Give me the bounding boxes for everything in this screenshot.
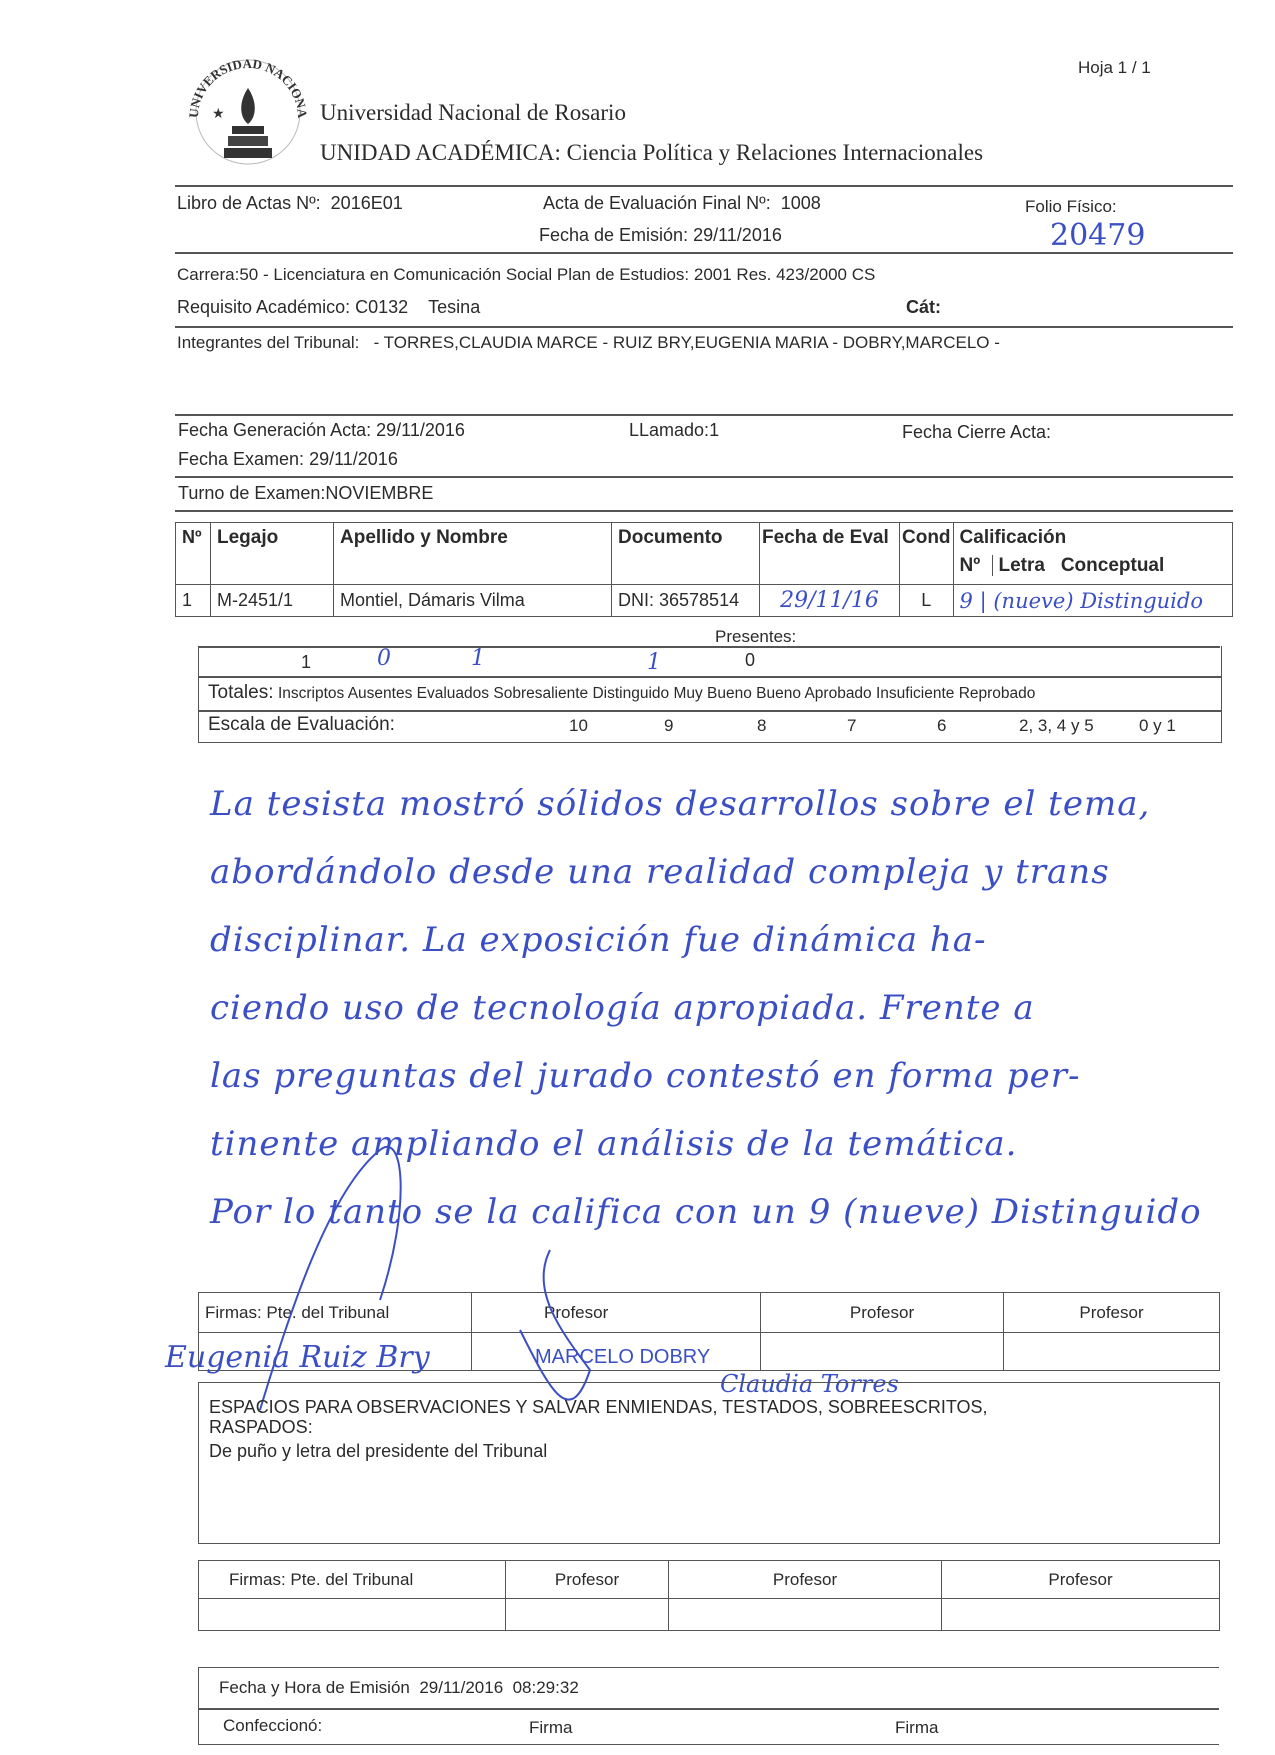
university-logo: UNIVERSIDAD NACIONAL DE ROSARIO ★ — [182, 48, 314, 166]
llamado: LLamado:1 — [629, 420, 719, 441]
col-calificacion: Calificación Nº Letra Conceptual — [953, 523, 1232, 585]
fecha-examen: Fecha Examen: 29/11/2016 — [178, 449, 398, 470]
sig-header-prof-3: Profesor — [1004, 1293, 1220, 1333]
table-header-row: Nº Legajo Apellido y Nombre Documento Fe… — [176, 523, 1233, 585]
svg-text:★: ★ — [212, 105, 225, 121]
confecciono-label: Confeccionó: — [223, 1716, 322, 1736]
scale-value: 10 — [569, 716, 588, 736]
totals-column-label: Muy Bueno — [673, 685, 756, 702]
col-nombre: Apellido y Nombre — [334, 523, 612, 585]
sig-cell[interactable] — [1004, 1333, 1220, 1371]
sig2-header-prof-3: Profesor — [942, 1561, 1220, 1599]
sig-cell[interactable] — [199, 1599, 506, 1631]
turno-examen: Turno de Examen:NOVIEMBRE — [178, 483, 433, 504]
folio-label: Folio Físico: — [1025, 197, 1117, 217]
comment-line: disciplinar. La exposición fue dinámica … — [210, 906, 1270, 974]
footer-box: Fecha y Hora de Emisión 29/11/2016 08:29… — [198, 1667, 1219, 1745]
emision-datetime: Fecha y Hora de Emisión 29/11/2016 08:29… — [219, 1678, 579, 1698]
presentes-label: Presentes: — [715, 627, 796, 647]
fecha-eval: 29/11/16 — [760, 585, 900, 617]
requisito-academico: Requisito Académico: C0132 Tesina — [177, 297, 480, 318]
sig2-header-president: Firmas: Pte. del Tribunal — [199, 1561, 506, 1599]
sig-cell[interactable] — [506, 1599, 669, 1631]
totals-column-label: Reprobado — [959, 685, 1036, 702]
calificacion-value: 9 | (nueve) Distinguido — [953, 585, 1232, 617]
total-distinguido: 1 — [647, 650, 661, 675]
cond: L — [900, 585, 954, 617]
sig2-header-prof-1: Profesor — [506, 1561, 669, 1599]
scale-value: 9 — [664, 716, 673, 736]
observations-box[interactable]: ESPACIOS PARA OBSERVACIONES Y SALVAR ENM… — [198, 1382, 1220, 1544]
libro-value: 2016E01 — [331, 193, 403, 213]
academic-unit: UNIDAD ACADÉMICA: Ciencia Política y Rel… — [320, 140, 983, 166]
signatures-table-2: Firmas: Pte. del Tribunal Profesor Profe… — [198, 1560, 1220, 1631]
fecha-cierre: Fecha Cierre Acta: — [902, 422, 1051, 443]
sig-cell[interactable] — [942, 1599, 1220, 1631]
totals-column-label: Evaluados — [417, 685, 494, 702]
comment-line: las preguntas del jurado contestó en for… — [210, 1042, 1270, 1110]
university-name: Universidad Nacional de Rosario — [320, 100, 626, 126]
col-legajo: Legajo — [211, 523, 334, 585]
col-documento: Documento — [612, 523, 760, 585]
scale-value: 6 — [937, 716, 946, 736]
page-number: Hoja 1 / 1 — [1078, 58, 1151, 78]
comment-line: abordándolo desde una realidad compleja … — [210, 838, 1270, 906]
sig2-header-prof-2: Profesor — [669, 1561, 942, 1599]
total-evaluados: 1 — [471, 646, 485, 671]
carrera: Carrera:50 - Licenciatura en Comunicació… — [177, 265, 875, 285]
fecha-generacion: Fecha Generación Acta: 29/11/2016 — [178, 420, 465, 441]
totals-column-label: Distinguido — [592, 685, 673, 702]
acta-number: Acta de Evaluación Final Nº: 1008 — [543, 193, 821, 214]
scale-value: 7 — [847, 716, 856, 736]
table-row: 1 M-2451/1 Montiel, Dámaris Vilma DNI: 3… — [176, 585, 1233, 617]
folio-value: 20479 — [1050, 218, 1145, 253]
libro-actas: Libro de Actas Nº: 2016E01 — [177, 193, 403, 214]
observations-title: ESPACIOS PARA OBSERVACIONES Y SALVAR ENM… — [209, 1397, 1089, 1437]
fecha-emision: Fecha de Emisión: 29/11/2016 — [539, 225, 782, 246]
observations-subtitle: De puño y letra del presidente del Tribu… — [209, 1441, 547, 1462]
scale-label: Escala de Evaluación: — [208, 714, 395, 736]
sig-cell[interactable] — [669, 1599, 942, 1631]
firma-2[interactable]: Firma — [895, 1718, 938, 1738]
col-cal-conceptual: Conceptual — [1061, 555, 1164, 576]
sig-cell[interactable] — [761, 1333, 1004, 1371]
totals-column-label: Ausentes — [348, 685, 417, 702]
comment-line: ciendo uso de tecnología apropiada. Fren… — [210, 974, 1270, 1042]
totals-column-label: Sobresaliente — [493, 685, 592, 702]
tribunal: Integrantes del Tribunal: - TORRES,CLAUD… — [177, 333, 1000, 353]
totals-column-label: Bueno — [756, 685, 804, 702]
totals-box: 1 0 1 1 0 Totales: Inscriptos Ausentes E… — [198, 646, 1222, 743]
sig-header-prof-2: Profesor — [761, 1293, 1004, 1333]
col-cond: Cond — [900, 523, 954, 585]
totals-column-label: Insuficiente — [876, 685, 959, 702]
scale-value: 0 y 1 — [1139, 716, 1176, 736]
col-n: Nº — [176, 523, 211, 585]
tribunal-members: - TORRES,CLAUDIA MARCE - RUIZ BRY,EUGENI… — [374, 333, 1000, 352]
totals-column-label: Inscriptos — [278, 685, 348, 702]
students-table: Nº Legajo Apellido y Nombre Documento Fe… — [175, 522, 1233, 617]
col-cal-n: Nº — [960, 555, 981, 576]
col-cal-letra: Letra — [999, 555, 1045, 576]
total-zero: 0 — [745, 650, 755, 671]
firma-1[interactable]: Firma — [529, 1718, 572, 1738]
university-seal-icon: UNIVERSIDAD NACIONAL DE ROSARIO ★ — [182, 48, 314, 166]
comment-line: La tesista mostró sólidos desarrollos so… — [210, 770, 1270, 838]
cat-label: Cát: — [906, 297, 941, 318]
total-inscriptos: 1 — [301, 652, 311, 673]
scale-value: 2, 3, 4 y 5 — [1019, 716, 1094, 736]
totals-header: Totales: Inscriptos Ausentes Evaluados S… — [208, 682, 1035, 704]
col-fecha: Fecha de Eval — [760, 523, 900, 585]
totals-column-label: Aprobado — [804, 685, 876, 702]
total-ausentes: 0 — [377, 646, 391, 671]
scale-value: 8 — [757, 716, 766, 736]
